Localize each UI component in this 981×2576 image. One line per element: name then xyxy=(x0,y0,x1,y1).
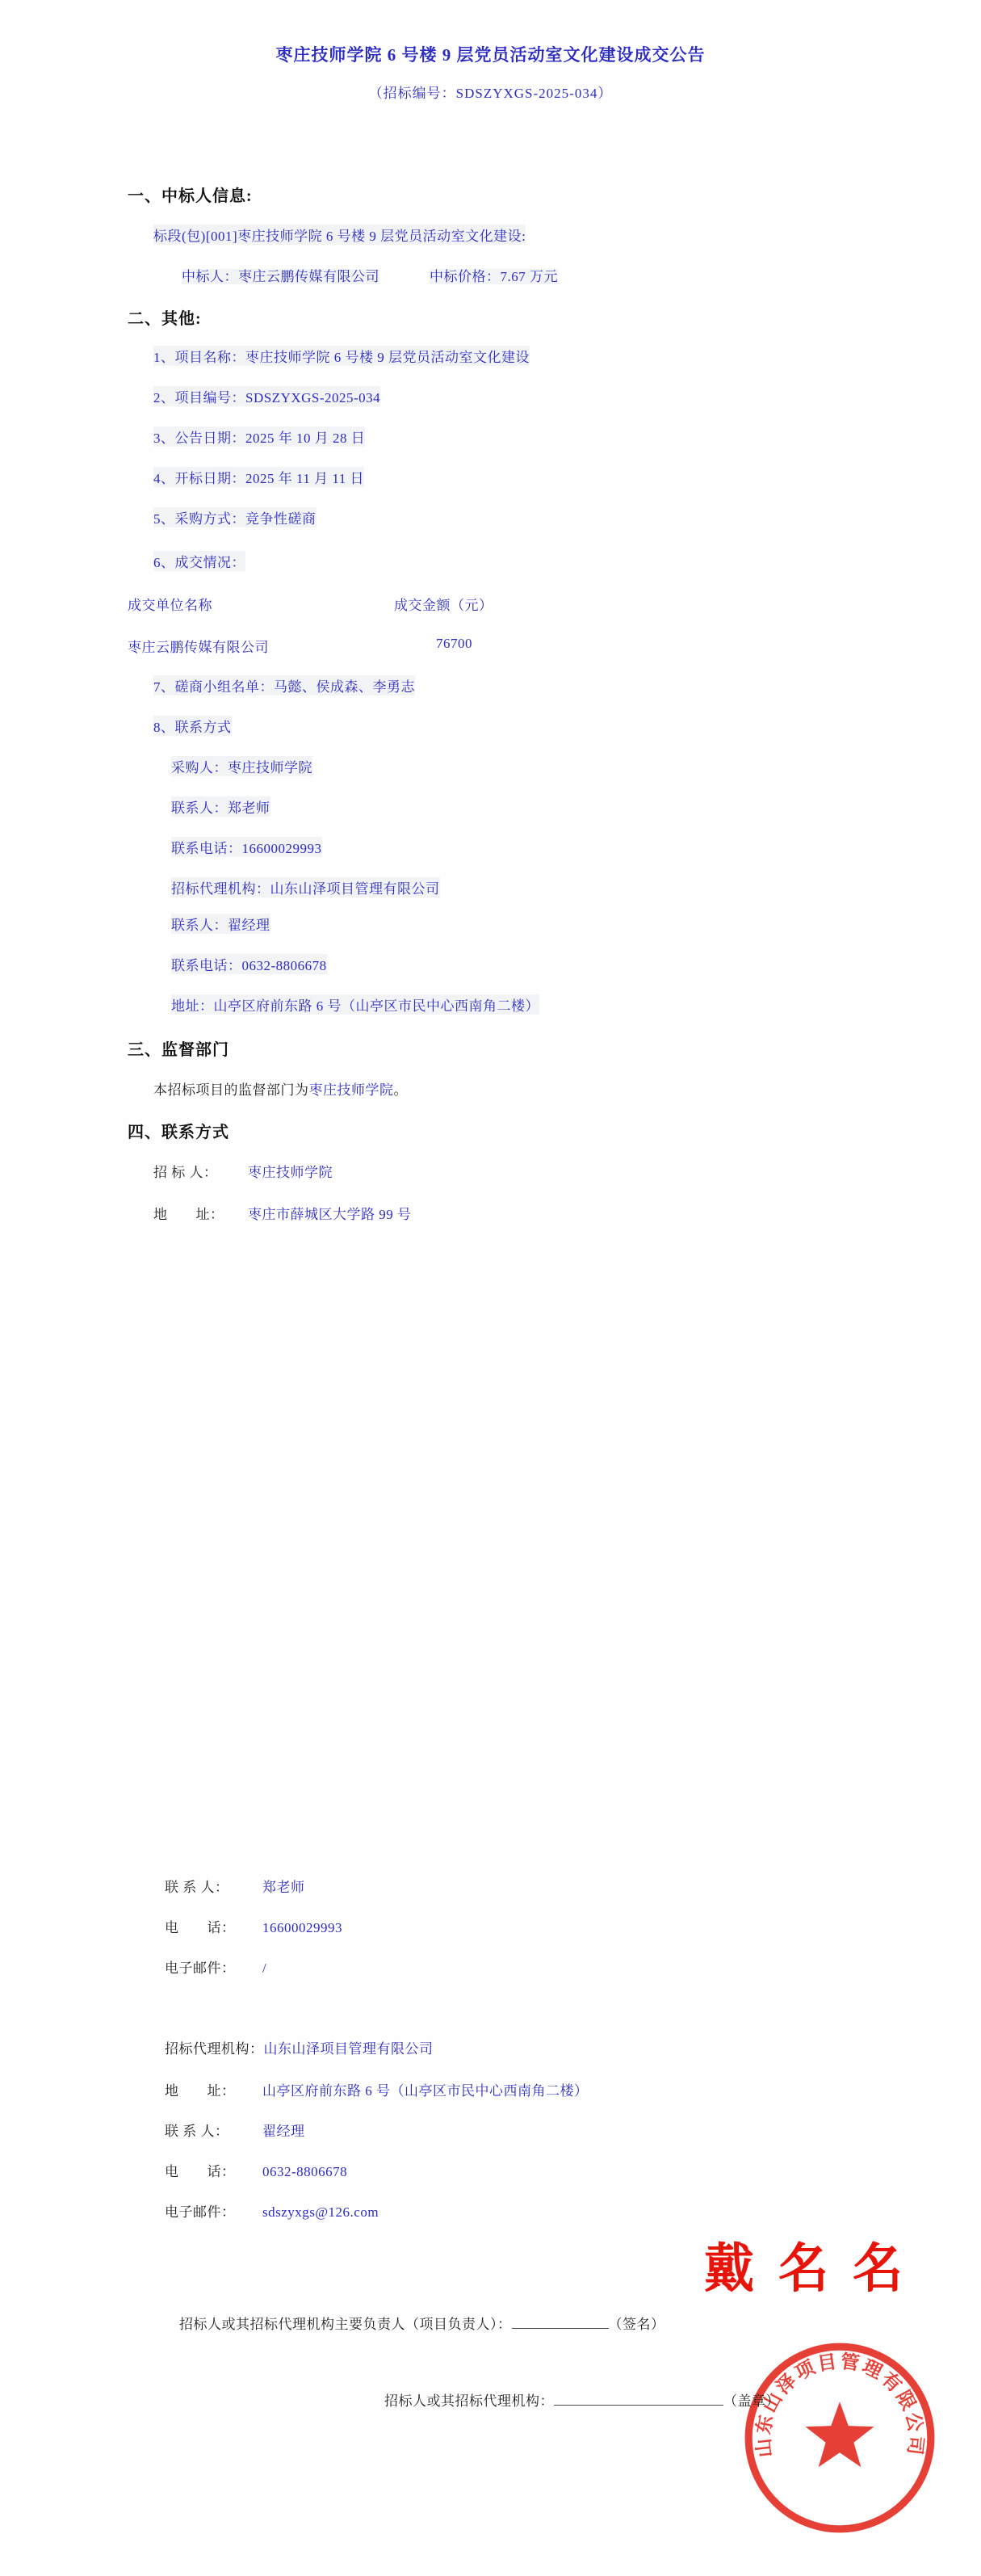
buyer-email-line: 电子邮件：/ xyxy=(165,1956,266,1977)
agency-email-label: 电子邮件： xyxy=(165,2200,262,2221)
item-project-name: 1、项目名称：枣庄技师学院 6 号楼 9 层党员活动室文化建设 xyxy=(153,346,530,366)
deal-table-company: 枣庄云鹏传媒有限公司 xyxy=(128,636,269,656)
supervision-prefix: 本招标项目的监督部门为 xyxy=(153,1082,309,1098)
agency-person-label: 联 系 人： xyxy=(165,2120,262,2140)
tender-number-subtitle: （招标编号：SDSZYXGS-2025-034） xyxy=(0,82,981,102)
section4-heading: 四、联系方式 xyxy=(128,1119,229,1142)
item-deal-status: 6、成交情况： xyxy=(153,551,245,571)
buyer-contact-person-label: 联 系 人： xyxy=(165,1876,262,1896)
seal-line-suffix: （盖章） xyxy=(723,2393,780,2409)
seal-line-label: 招标人或其招标代理机构： xyxy=(384,2393,554,2409)
tenderer-address-label: 地 址： xyxy=(153,1203,248,1223)
buyer-contact-person-line: 联 系 人：郑老师 xyxy=(165,1876,305,1896)
supervision-suffix: 。 xyxy=(394,1082,409,1098)
item-panel-list: 7、磋商小组名单：马懿、侯成森、李勇志 xyxy=(153,675,415,695)
winner-name: 中标人：枣庄云鹏传媒有限公司 xyxy=(182,269,379,284)
item-contact: 8、联系方式 xyxy=(153,716,232,736)
agency-phone-line: 电 话：0632-8806678 xyxy=(165,2160,347,2180)
section2-heading: 二、其他: xyxy=(128,305,202,329)
tenderer-address-value: 枣庄市薛城区大学路 99 号 xyxy=(248,1207,412,1222)
agency-address-label: 地 址： xyxy=(165,2079,262,2099)
company-seal-icon: 山东山泽项目管理有限公司 xyxy=(741,2339,938,2536)
lot-line: 标段(包)[001]枣庄技师学院 6 号楼 9 层党员活动室文化建设: xyxy=(153,225,526,245)
buyer-contact-person-value: 郑老师 xyxy=(262,1880,305,1895)
item-method: 5、采购方式：竞争性磋商 xyxy=(153,507,317,527)
winner-line: 中标人：枣庄云鹏传媒有限公司中标价格：7.67 万元 xyxy=(182,265,558,285)
page-title: 枣庄技师学院 6 号楼 9 层党员活动室文化建设成交公告 xyxy=(0,42,981,66)
deal-table-col1-header: 成交单位名称 xyxy=(128,594,212,614)
section1-heading: 一、中标人信息: xyxy=(128,183,253,206)
s2-contact-person: 联系人：郑老师 xyxy=(171,796,270,817)
signature-line: 招标人或其招标代理机构主要负责人（项目负责人）：（签名） xyxy=(179,2313,665,2333)
seal-star-icon xyxy=(806,2402,874,2467)
item-announce-date: 3、公告日期：2025 年 10 月 28 日 xyxy=(153,427,365,447)
seal-underline xyxy=(554,2393,723,2406)
agency-person-value: 翟经理 xyxy=(262,2124,305,2139)
buyer-email-value: / xyxy=(262,1960,266,1976)
supervision-body: 本招标项目的监督部门为枣庄技师学院。 xyxy=(153,1078,408,1099)
deal-table-amount: 76700 xyxy=(436,636,472,652)
winner-price: 中标价格：7.67 万元 xyxy=(430,269,558,284)
supervision-org: 枣庄技师学院 xyxy=(309,1082,394,1098)
deal-table-col2-header: 成交金额（元） xyxy=(394,594,493,614)
handwritten-signature: 戴名名 xyxy=(704,2226,927,2301)
signature-underline xyxy=(512,2316,609,2329)
s2-contact-phone: 联系电话：16600029993 xyxy=(171,837,322,857)
s2-agency-person: 联系人：翟经理 xyxy=(171,914,270,934)
item-open-date: 4、开标日期：2025 年 11 月 11 日 xyxy=(153,467,364,487)
tenderer-value: 枣庄技师学院 xyxy=(248,1165,333,1180)
agency-phone-label: 电 话： xyxy=(165,2160,262,2180)
agency-phone-value: 0632-8806678 xyxy=(262,2164,347,2179)
agency-name-line: 招标代理机构：山东山泽项目管理有限公司 xyxy=(165,2037,434,2057)
agency-person-line: 联 系 人：翟经理 xyxy=(165,2120,305,2140)
agency-address-line: 地 址：山亭区府前东路 6 号（山亭区市民中心西南角二楼） xyxy=(165,2079,589,2099)
signature-line-suffix: （签名） xyxy=(609,2317,665,2332)
company-seal-stamp: 山东山泽项目管理有限公司 xyxy=(741,2339,938,2536)
agency-email-value: sdszyxgs@126.com xyxy=(262,2204,379,2220)
s2-agency-name: 招标代理机构：山东山泽项目管理有限公司 xyxy=(171,877,440,897)
s2-contact-purchaser: 采购人：枣庄技师学院 xyxy=(171,756,312,776)
tenderer-label: 招 标 人： xyxy=(153,1161,248,1181)
seal-line: 招标人或其招标代理机构：（盖章） xyxy=(384,2389,780,2410)
tenderer-line: 招 标 人：枣庄技师学院 xyxy=(153,1161,333,1181)
signature-line-label: 招标人或其招标代理机构主要负责人（项目负责人）： xyxy=(179,2317,512,2332)
agency-name-value: 山东山泽项目管理有限公司 xyxy=(264,2041,434,2057)
buyer-phone-value: 16600029993 xyxy=(262,1920,342,1935)
agency-email-line: 电子邮件：sdszyxgs@126.com xyxy=(165,2200,379,2221)
s2-agency-address: 地址：山亭区府前东路 6 号（山亭区市民中心西南角二楼） xyxy=(171,994,539,1015)
buyer-email-label: 电子邮件： xyxy=(165,1956,262,1977)
buyer-phone-line: 电 话：16600029993 xyxy=(165,1916,342,1936)
agency-address-value: 山亭区府前东路 6 号（山亭区市民中心西南角二楼） xyxy=(262,2083,589,2099)
section3-heading: 三、监督部门 xyxy=(128,1036,229,1060)
s2-agency-phone: 联系电话：0632-8806678 xyxy=(171,954,327,974)
tenderer-address-line: 地 址：枣庄市薛城区大学路 99 号 xyxy=(153,1203,412,1223)
buyer-phone-label: 电 话： xyxy=(165,1916,262,1936)
item-project-number: 2、项目编号：SDSZYXGS-2025-034 xyxy=(153,386,380,406)
agency-name-label: 招标代理机构： xyxy=(165,2037,264,2057)
announcement-document: 枣庄技师学院 6 号楼 9 层党员活动室文化建设成交公告 （招标编号：SDSZY… xyxy=(0,0,981,2576)
